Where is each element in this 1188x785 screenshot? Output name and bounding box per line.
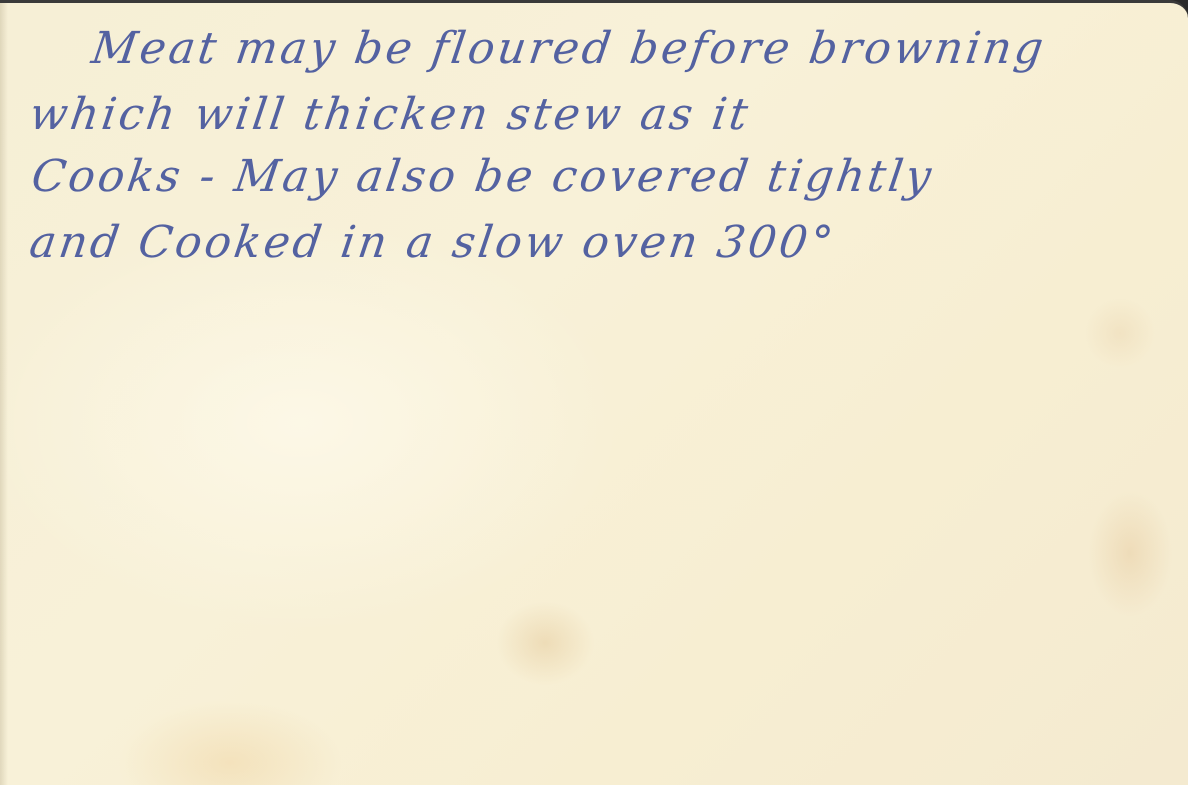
note-line-4: and Cooked in a slow oven 300° [26, 217, 838, 268]
note-line-3: Cooks - May also be covered tightly [28, 151, 937, 202]
note-line-1: Meat may be floured before browning [88, 23, 1049, 74]
recipe-card: Meat may be floured before browning whic… [0, 0, 1188, 785]
handwritten-note: Meat may be floured before browning whic… [0, 3, 1188, 785]
note-line-2: which will thicken stew as it [26, 89, 753, 140]
